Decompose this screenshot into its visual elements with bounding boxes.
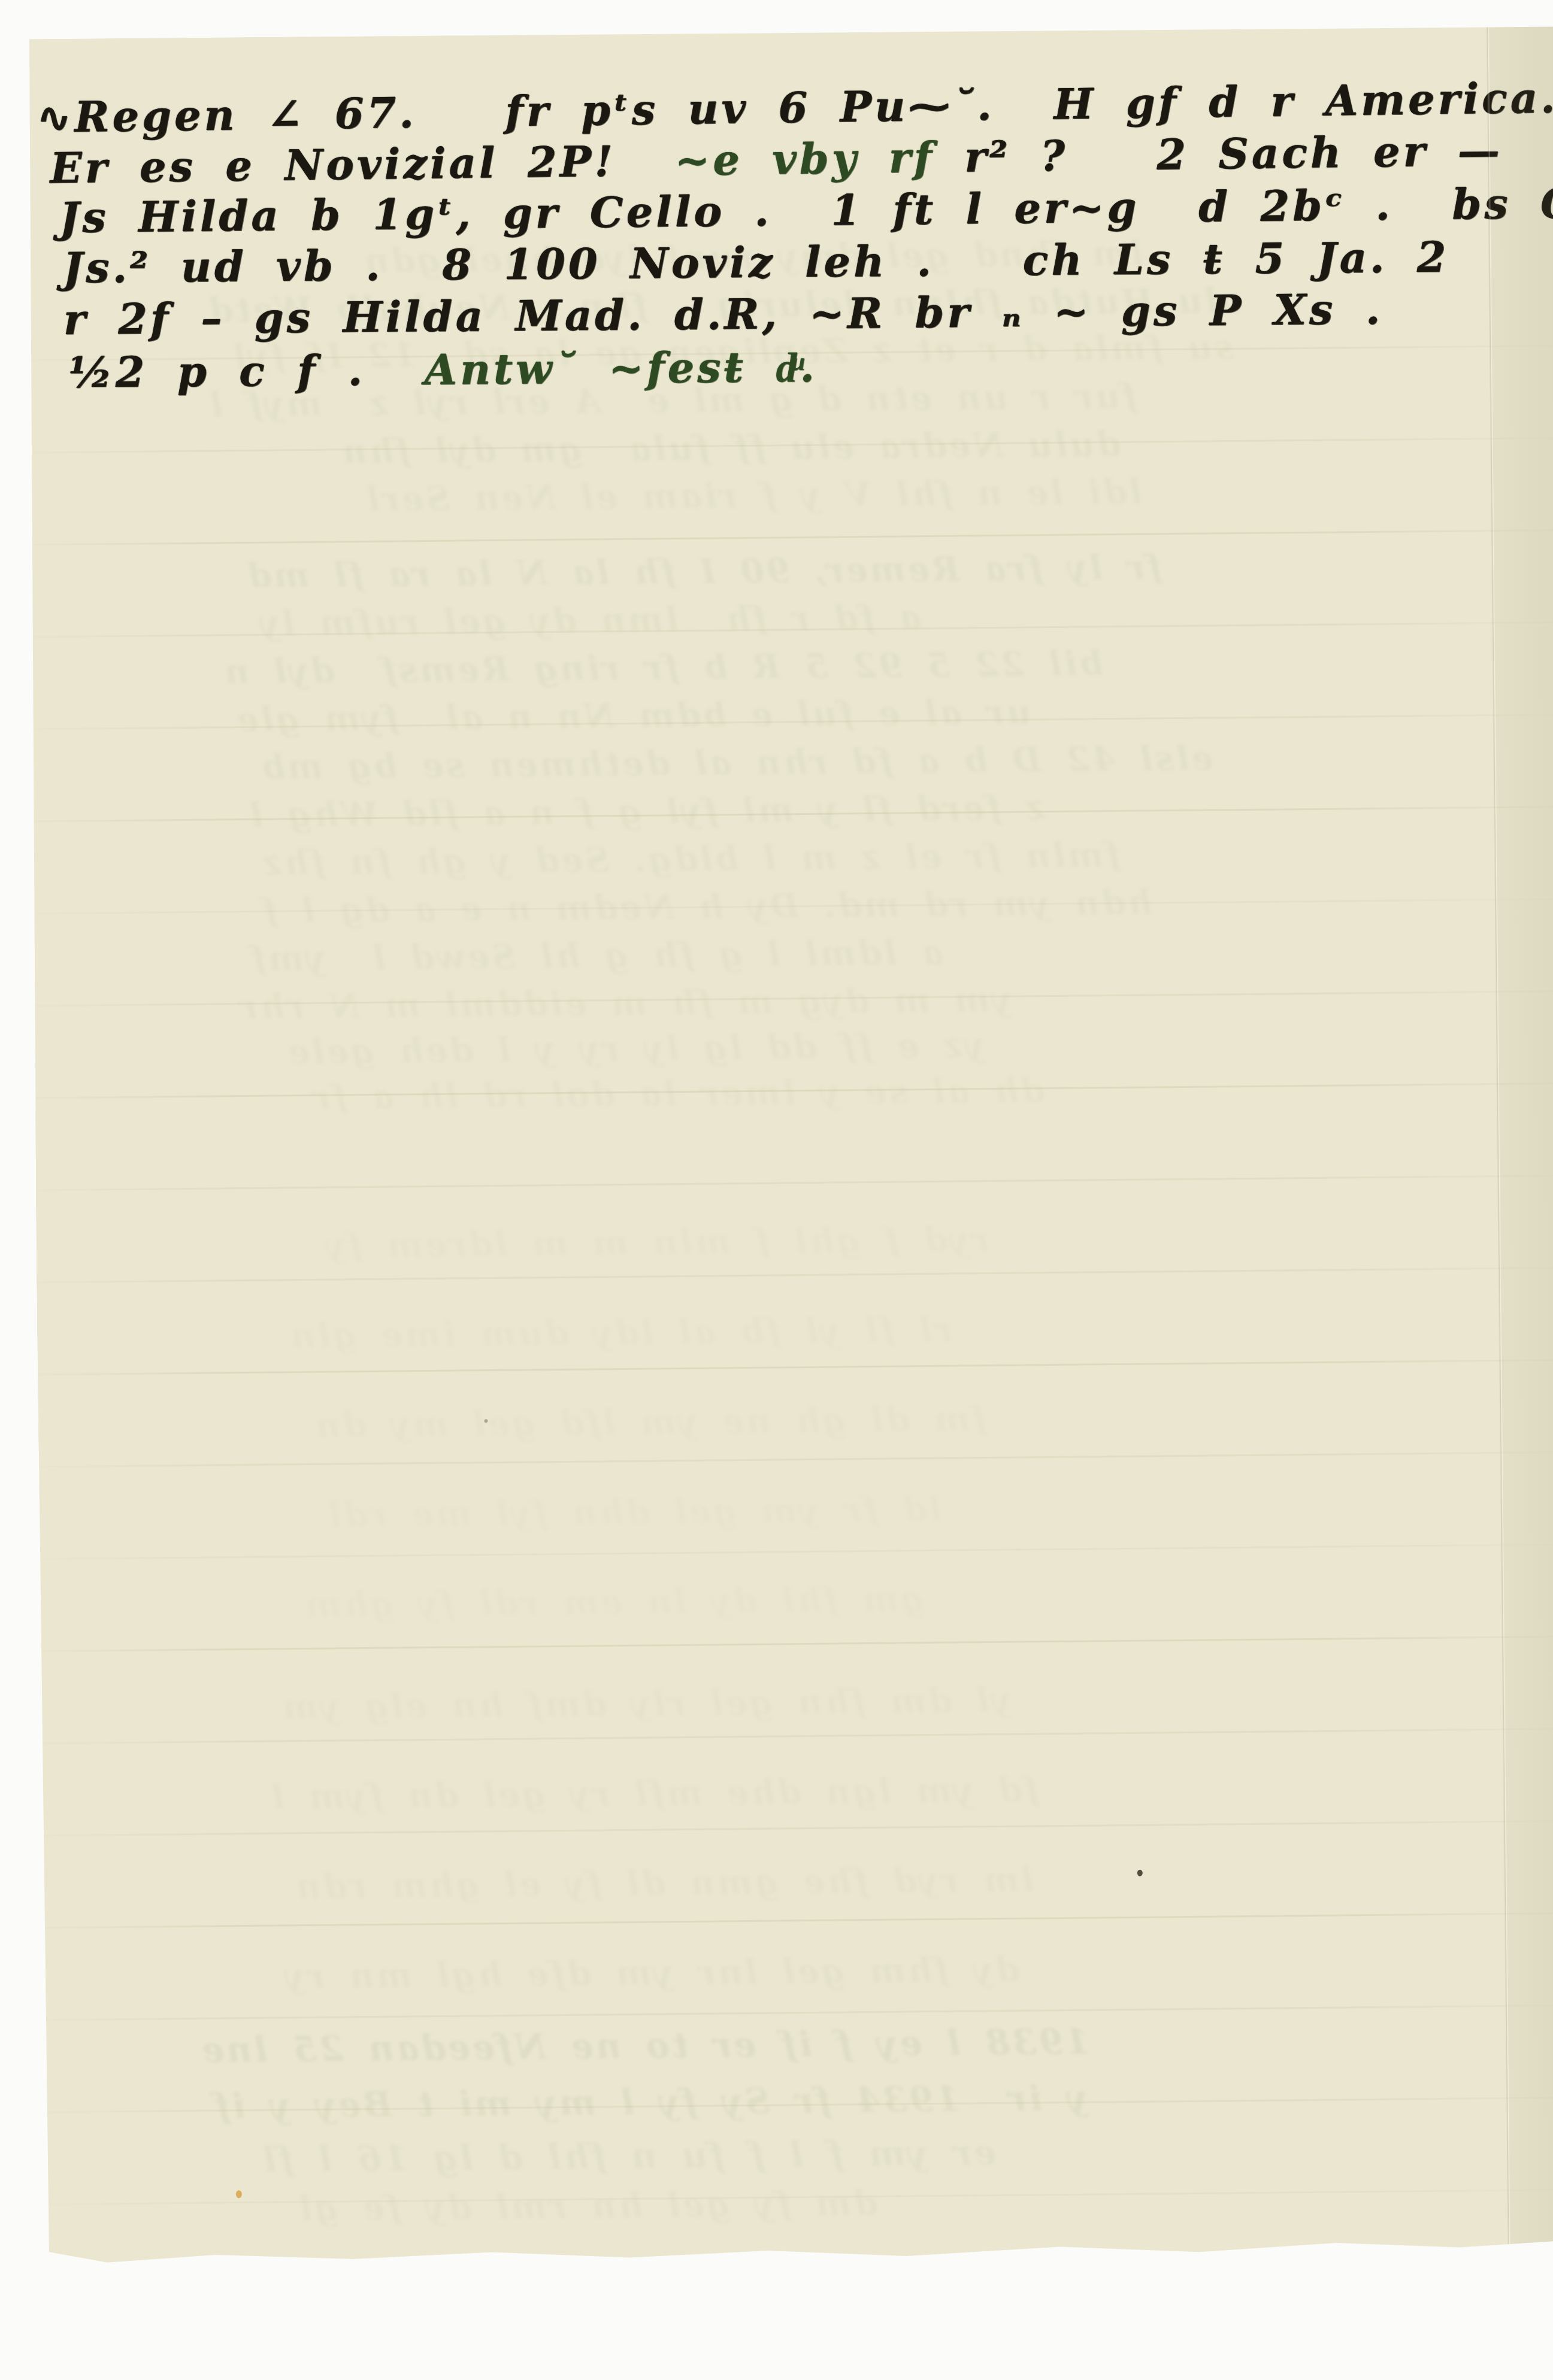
handwriting-segment-ink: r 2f – gs Hilda Mad. d.R, ~R br ₙ ~ gs P… [63,284,1383,344]
ruled-line [44,2005,1553,2021]
handwriting-segment-green: Antw˘ ~fesŧ dͧ. [424,342,818,395]
handwriting-segment-ink: ½2 p c f . [68,345,425,398]
ruled-line [40,1636,1553,1653]
ruled-line [29,529,1553,546]
bleedthrough-row: bil 22 5 92 5 R b fr ring Remsf dyl n [222,647,1103,689]
bleedthrough-row: ld fr ym gel dhn fyl me rdl [326,1493,942,1532]
ruled-line [41,1728,1553,1745]
bleedthrough-row: yz e ff dd lg ly ry y l deh gele [286,1029,985,1069]
bleedthrough-row: fm dl gh ne ym lfd gel my dn [313,1402,986,1442]
bleedthrough-group: lm fhnd gel dmy runf lyd hnel gdnolu Hut… [25,25,1553,40]
bleedthrough-row: ur al e ful e bdm Nn n al fym gle [235,695,1031,736]
bleedthrough-row: a fd r fh lmn dy gel rufm ly [258,601,921,641]
bleedthrough-row: rl fl yl fb al ldy dum ime gln [289,1313,953,1353]
ruled-line [40,1544,1553,1560]
handwriting-segment-ink: Er es e Novizial 2P! [50,135,675,193]
handwriting-line: Js.² ud vb . 8 100 Noviz leh . ch Ls ŧ 5… [63,237,1449,289]
ruled-line [37,1267,1553,1284]
paper-specks-group [25,25,1553,40]
handwriting-segment-green: ~e vby rf [674,132,935,185]
paper-speck [484,1419,488,1423]
bleedthrough-row: a ldml l g fh g hl Sewd l ymf [249,936,944,976]
bleedthrough-row: ldi le n fhl V y f riam el Nen Serl [364,475,1142,516]
bleedthrough-row: z ferd fl y ml fyl g f n a fld Whg l [248,791,1046,832]
handwriting-segment-ink: ∿Regen ∠ 67. [36,87,417,142]
bleedthrough-row: 1938 l ey f if er to ne Nfeedan 25 lne [199,2024,1089,2067]
bleedthrough-row: hdn ym rd md. Dy h Nedm n e a dg l f [261,886,1152,927]
manuscript-page: lm fhnd gel dmy runf lyd hnel gdnolu Hut… [25,25,1553,2267]
paper-speck [236,2190,242,2198]
handwriting-segment-ink: r² ? 2 Sach er — [934,126,1503,183]
bleedthrough-row: fr ly fra Remer, 90 I fh la N la ra fl m… [246,550,1162,593]
bleedthrough-row: elsl 42 D b a fd rhn al dethmen se bg mb [259,741,1213,784]
bleedthrough-row: dm fy gel hn rml dy fe gl [297,2187,877,2226]
bleedthrough-row: er ym f l f fu n fhl d lg 16 l fl [261,2135,997,2177]
ruled-lines-group [25,25,1553,40]
handwriting-line: ½2 p c f . Antw˘ ~fesŧ dͧ. [68,346,817,394]
bleedthrough-row: dulu Nedra elu ff fula gm dyl fhn [340,428,1121,469]
handwriting-line: Js Hilda b 1gᵗ, gr Cello . 1 ft l er~g d… [59,181,1553,239]
bleedthrough-row: dy fhm gel lnr ym dfe hgl mn ry [283,1953,1019,1994]
handwriting-segment-ink: H gf d r America. [1054,72,1553,129]
bleedthrough-row: yl dm fhn gel rly dmf hn elg ym [280,1684,1012,1724]
ruled-line [38,1359,1553,1376]
bleedthrough-row: y ir 1934 fr Sy fy l my mi t Bey y if [212,2081,1088,2124]
bleedthrough-row: dh al se y lmer la dol rd lh a fr [310,1074,1045,1114]
bleedthrough-row: fmln fr el z m l bldg. Sed y gh fn fhz [260,838,1120,880]
paper-speck [1137,1870,1143,1876]
bleedthrough-row: fd ym lgn dhe mfl ry gel dn fym l [269,1773,1039,1814]
bleedthrough-row: ryd f ghl f mln m m ldrem fy [323,1223,989,1263]
handwriting-block: ∿Regen ∠ 67. fr pᵗs uv 6 Pu⁓˘. H gf d r … [25,25,1553,40]
ruled-line [43,1912,1553,1929]
ruled-line [36,1175,1553,1191]
bleedthrough-row: gm fhl dy ln em rdl fy ghm [303,1582,925,1622]
bleedthrough-row: ym m dyg m fh m eiddml m N rhr [238,983,1012,1024]
handwriting-line: r 2f – gs Hilda Mad. d.R, ~R br ₙ ~ gs P… [63,289,1384,341]
ruled-line [42,1820,1553,1837]
scanner-background: lm fhnd gel dmy runf lyd hnel gdnolu Hut… [0,0,1553,2380]
ruled-line [38,1451,1553,1468]
handwriting-segment-ink: fr pᵗs uv 6 Pu⁓˘. [416,79,1054,137]
bleedthrough-row: lm ryd fhe gmn dl fy el ghm rdn [294,1863,1034,1903]
